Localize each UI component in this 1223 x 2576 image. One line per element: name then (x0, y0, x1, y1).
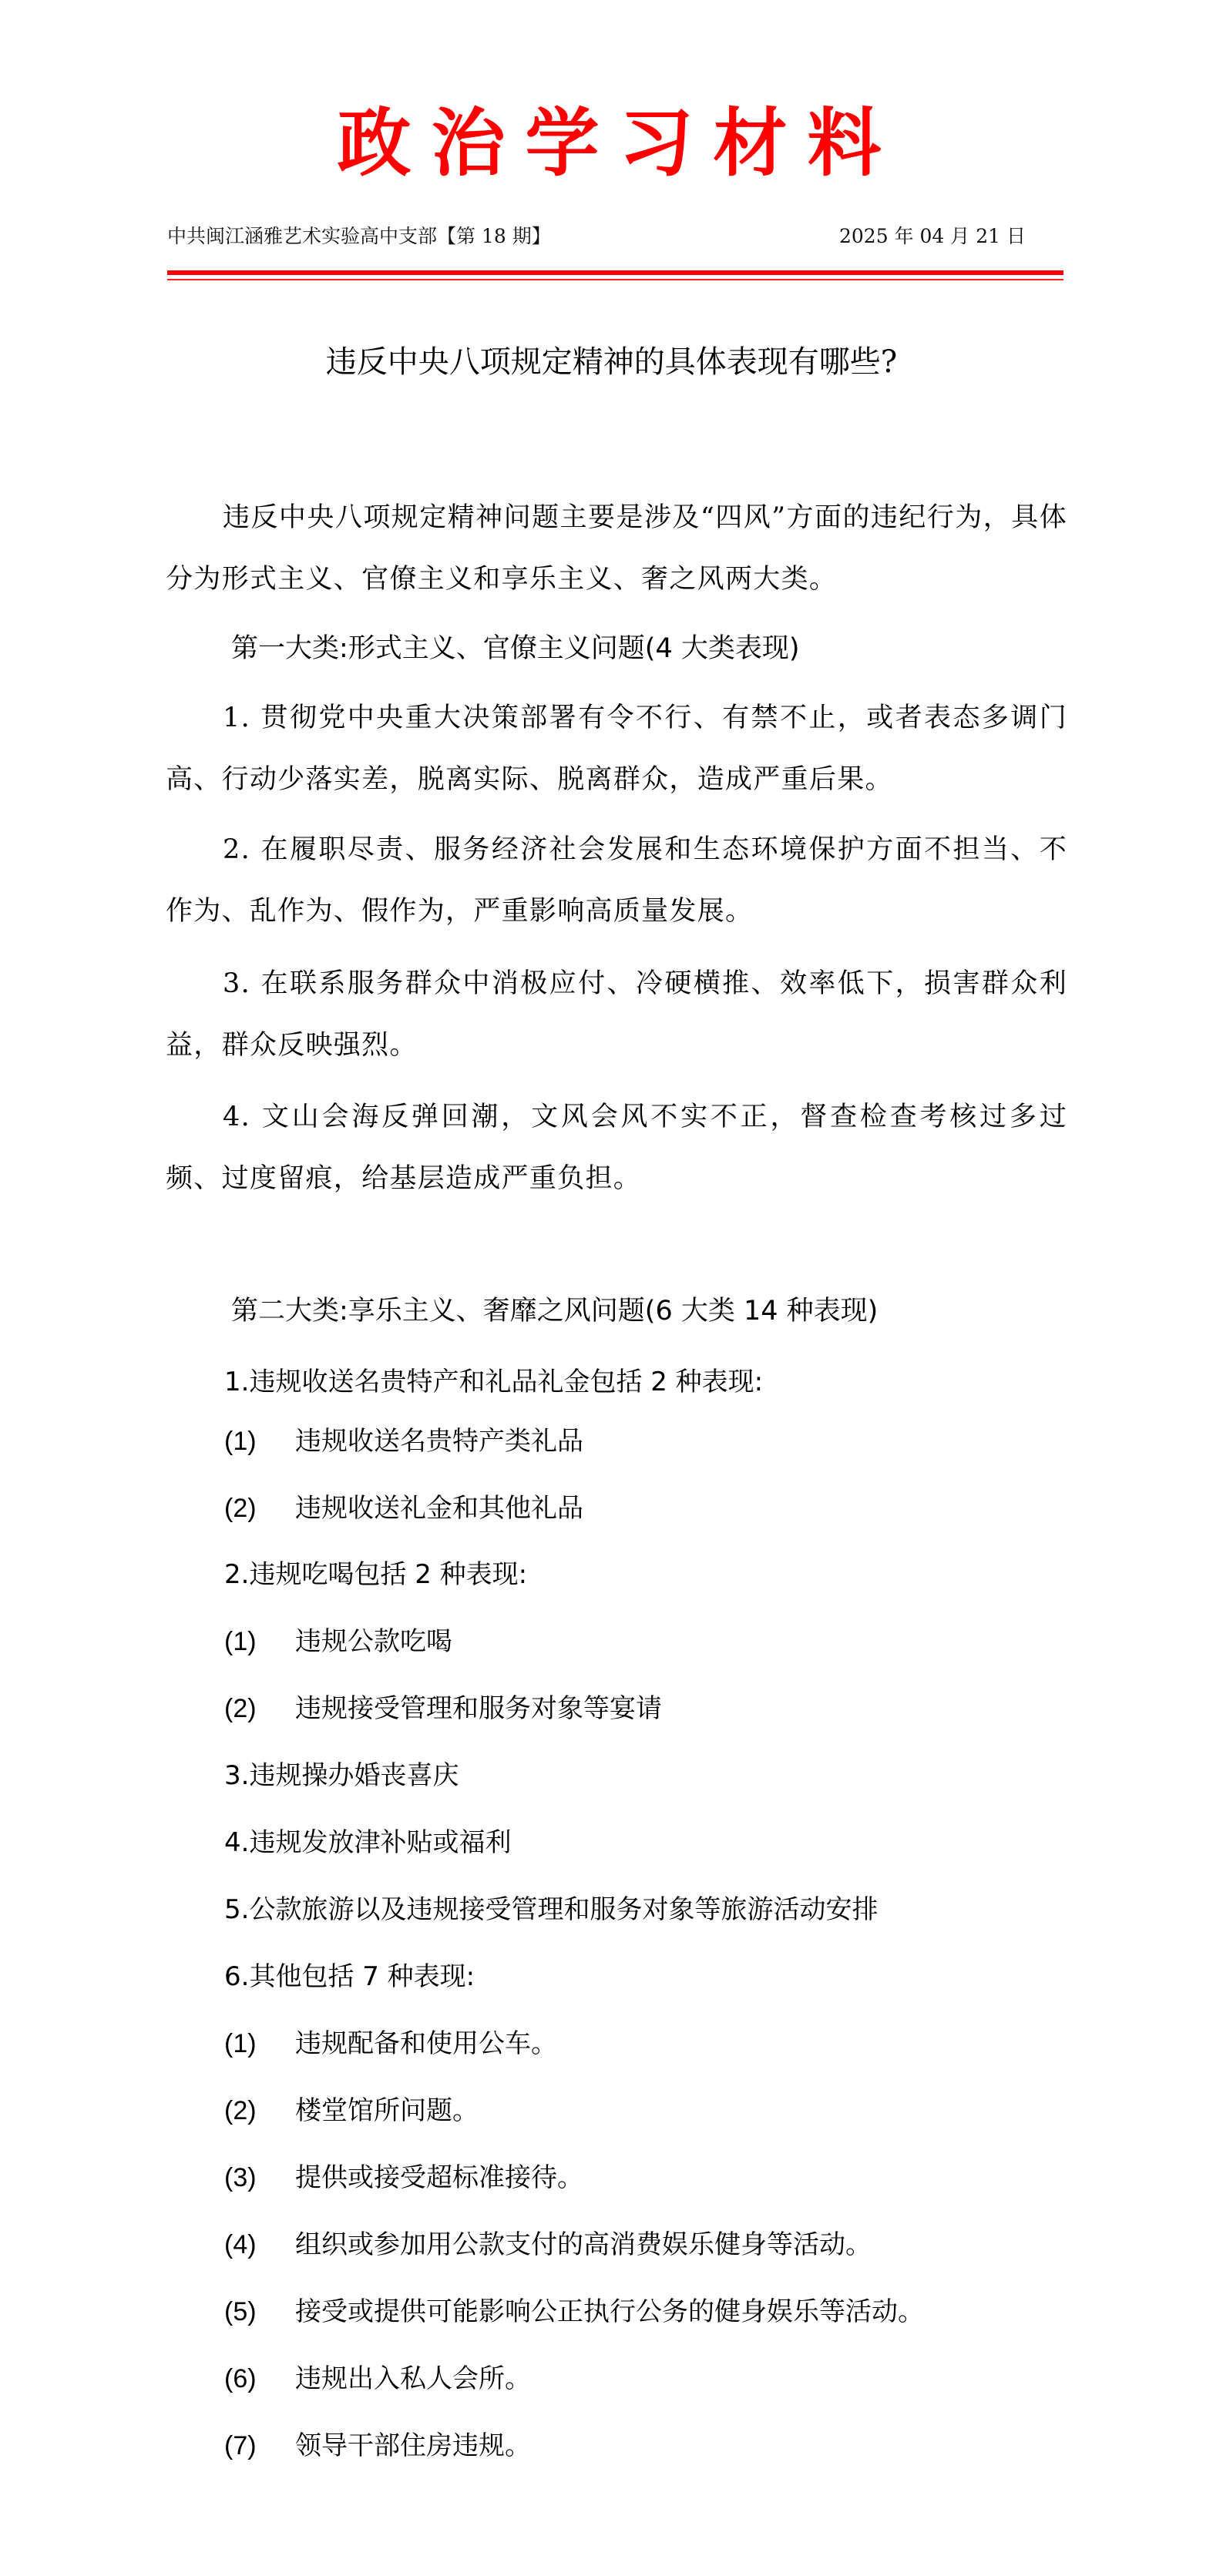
section1-paragraph-4: 4. 文山会海反弹回潮，文风会风不实不正，督查检查考核过多过频、过度留痕，给基层… (166, 1086, 1067, 1209)
list-item-number: (2) (224, 2089, 257, 2132)
intro-paragraph: 违反中央八项规定精神问题主要是涉及“四风”方面的违纪行为，具体分为形式主义、官僚… (166, 487, 1067, 610)
list-item-text: 组织或参加用公款支付的高消费娱乐健身等活动。 (295, 2223, 872, 2266)
list-item-number: (7) (224, 2424, 257, 2467)
list-item-text: 楼堂馆所问题。 (295, 2089, 479, 2132)
list-item-number: (2) (224, 1487, 257, 1530)
masthead-divider-thin (167, 279, 1063, 280)
issue-info-row: 中共闽江涵雅艺术实验高中支部【第 18 期】 2025 年 04 月 21 日 (167, 223, 1063, 250)
list-item-text: 违规收送礼金和其他礼品 (295, 1487, 583, 1530)
section1-paragraph-1: 1. 贯彻党中央重大决策部署有令不行、有禁不止，或者表态多调门高、行动少落实差，… (166, 687, 1067, 810)
section1-paragraph-2: 2. 在履职尽责、服务经济社会发展和生态环境保护方面不担当、不作为、乱作为、假作… (166, 819, 1067, 942)
list-item-number: (1) (224, 1420, 257, 1463)
article-title: 违反中央八项规定精神的具体表现有哪些? (0, 339, 1223, 385)
list-item-number: (1) (224, 2022, 257, 2065)
list-item-number: (5) (224, 2290, 257, 2333)
section1-heading: 第一大类:形式主义、官僚主义问题(4 大类表现) (231, 626, 800, 672)
list-item-number: (4) (224, 2223, 257, 2266)
section2-group-5-heading: 5.公款旅游以及违规接受管理和服务对象等旅游活动安排 (224, 1888, 878, 1931)
masthead-title: 政治学习材料 (0, 99, 1223, 188)
section2-group-4-heading: 4.违规发放津补贴或福利 (224, 1821, 511, 1864)
list-item-text: 违规公款吃喝 (295, 1620, 452, 1663)
section2-heading: 第二大类:享乐主义、奢靡之风问题(6 大类 14 种表现) (231, 1288, 878, 1334)
list-item-text: 违规出入私人会所。 (295, 2357, 531, 2400)
masthead-divider-thick (167, 270, 1063, 275)
section2-group-3-heading: 3.违规操办婚丧喜庆 (224, 1754, 459, 1797)
issuing-organization: 中共闽江涵雅艺术实验高中支部【第 18 期】 (167, 223, 551, 250)
section2-group-2-heading: 2.违规吃喝包括 2 种表现: (224, 1553, 527, 1596)
list-item-text: 接受或提供可能影响公正执行公务的健身娱乐等活动。 (295, 2290, 924, 2333)
list-item-number: (1) (224, 1620, 257, 1663)
section2-group-1-heading: 1.违规收送名贵特产和礼品礼金包括 2 种表现: (224, 1360, 763, 1404)
section2-group-6-heading: 6.其他包括 7 种表现: (224, 1955, 475, 1998)
issue-date: 2025 年 04 月 21 日 (839, 223, 1026, 250)
list-item-text: 违规收送名贵特产类礼品 (295, 1420, 583, 1463)
list-item-text: 领导干部住房违规。 (295, 2424, 531, 2467)
list-item-number: (3) (224, 2156, 257, 2199)
section1-paragraph-3: 3. 在联系服务群众中消极应付、冷硬横推、效率低下，损害群众利益，群众反映强烈。 (166, 953, 1067, 1076)
list-item-number: (2) (224, 1687, 257, 1730)
list-item-text: 违规配备和使用公车。 (295, 2022, 557, 2065)
document-page: 政治学习材料 中共闽江涵雅艺术实验高中支部【第 18 期】 2025 年 04 … (0, 0, 1223, 2576)
list-item-number: (6) (224, 2357, 257, 2400)
list-item-text: 违规接受管理和服务对象等宴请 (295, 1687, 662, 1730)
list-item-text: 提供或接受超标准接待。 (295, 2156, 583, 2199)
